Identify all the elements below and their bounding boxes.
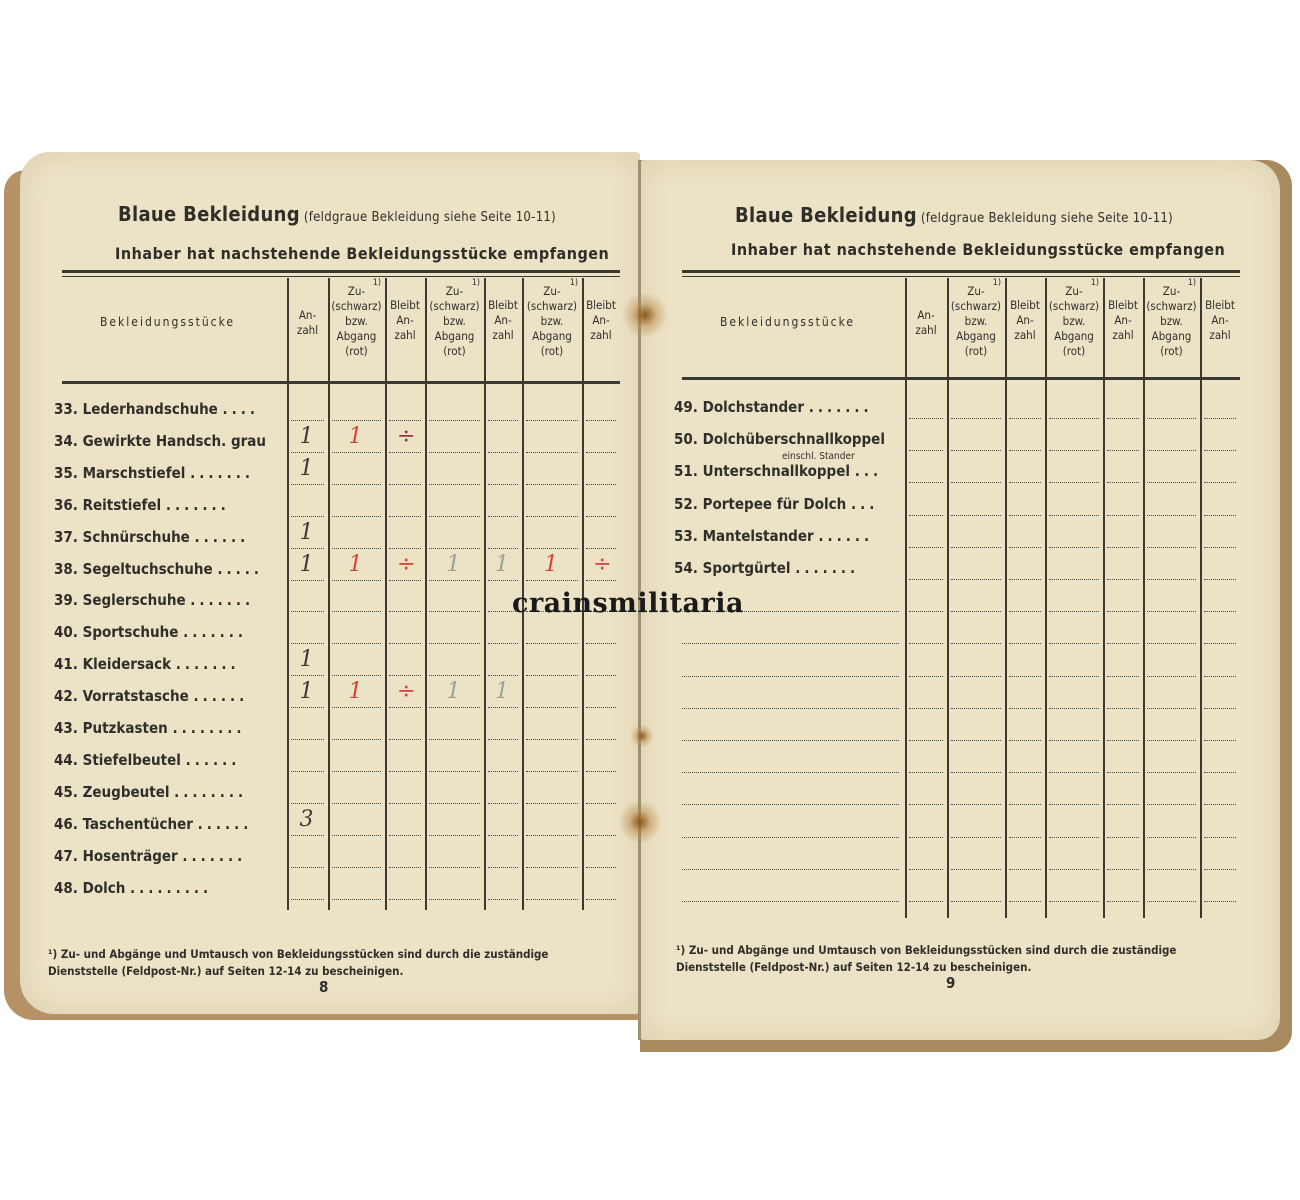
entry-cell[interactable] — [1049, 418, 1099, 419]
entry-cell[interactable] — [909, 901, 943, 902]
handwritten-entry: 1 — [300, 552, 314, 577]
column-header-zu-abgang: Zu-1)(schwarz)bzw.Abgang(rot) — [328, 284, 385, 359]
entry-cell[interactable] — [1009, 708, 1041, 709]
entry-cell[interactable] — [1204, 482, 1236, 483]
entry-cell[interactable] — [1049, 772, 1099, 773]
entry-cell[interactable] — [291, 707, 324, 708]
entry-cell[interactable] — [951, 611, 1001, 612]
header-text: zahl — [484, 328, 522, 343]
entry-cell[interactable] — [586, 867, 616, 868]
entry-cell[interactable] — [1049, 676, 1099, 677]
entry-cell[interactable] — [429, 739, 480, 740]
entry-cell[interactable] — [389, 452, 421, 453]
item-name: Lederhandschuhe — [83, 400, 223, 418]
column-header-zu-abgang: Zu-1)(schwarz)bzw.Abgang(rot) — [947, 284, 1005, 359]
entry-cell[interactable] — [1204, 450, 1236, 451]
entry-cell[interactable] — [1049, 901, 1099, 902]
entry-cell[interactable] — [586, 835, 616, 836]
item-number: 40. — [54, 623, 83, 641]
column-divider — [287, 278, 289, 910]
table-row-label: 51. Unterschnallkoppel ... — [674, 462, 882, 480]
item-name: Stiefelbeutel — [83, 751, 186, 769]
entry-cell[interactable] — [586, 803, 616, 804]
leader-dots: ... — [855, 462, 882, 480]
table-row-label: 38. Segeltuchschuhe ..... — [54, 560, 263, 578]
entry-cell[interactable] — [291, 643, 324, 644]
entry-cell[interactable] — [526, 739, 578, 740]
entry-cell[interactable] — [951, 772, 1001, 773]
entry-cell[interactable] — [909, 676, 943, 677]
footnote-line: ¹) Zu- und Abgänge und Umtausch von Bekl… — [676, 942, 1176, 959]
entry-cell[interactable] — [1147, 837, 1196, 838]
column-header-anzahl: An-zahl — [287, 308, 328, 338]
header-text: Bleibt — [1103, 298, 1143, 313]
entry-cell[interactable] — [526, 707, 578, 708]
entry-cell[interactable] — [951, 418, 1001, 419]
entry-cell[interactable] — [1147, 611, 1196, 612]
entry-cell[interactable] — [1204, 708, 1236, 709]
entry-cell[interactable] — [586, 675, 616, 676]
entry-cell[interactable] — [951, 643, 1001, 644]
entry-cell[interactable] — [1147, 482, 1196, 483]
entry-cell[interactable] — [526, 516, 578, 517]
entry-cell[interactable] — [1009, 450, 1041, 451]
entry-cell[interactable] — [488, 548, 518, 549]
entry-cell[interactable] — [488, 835, 518, 836]
entry-cell[interactable] — [1204, 515, 1236, 516]
rust-stain-staple — [630, 724, 654, 748]
header-text: Zu-1) — [1045, 284, 1103, 299]
header-text: zahl — [1103, 328, 1143, 343]
header-text: (schwarz) — [425, 299, 484, 314]
entry-cell[interactable] — [488, 420, 518, 421]
entry-cell[interactable] — [951, 482, 1001, 483]
entry-cell[interactable] — [1147, 418, 1196, 419]
entry-cell[interactable] — [951, 901, 1001, 902]
entry-cell[interactable] — [291, 835, 324, 836]
entry-cell[interactable] — [332, 835, 381, 836]
table-row-label: 54. Sportgürtel ....... — [674, 559, 859, 577]
footnote-marker: 1) — [993, 276, 1001, 291]
entry-cell[interactable] — [1147, 740, 1196, 741]
header-rule — [682, 270, 1240, 273]
header-text: (rot) — [1045, 344, 1103, 359]
entry-cell[interactable] — [586, 739, 616, 740]
entry-cell[interactable] — [1009, 869, 1041, 870]
header-text: (rot) — [425, 344, 484, 359]
entry-cell[interactable] — [526, 803, 578, 804]
entry-cell[interactable] — [1107, 515, 1139, 516]
entry-cell[interactable] — [586, 771, 616, 772]
entry-cell[interactable] — [909, 804, 943, 805]
item-number: 35. — [54, 464, 83, 482]
entry-cell[interactable] — [488, 771, 518, 772]
entry-cell[interactable] — [909, 547, 943, 548]
item-name: Dolchüberschnallkoppel — [703, 430, 885, 448]
entry-cell[interactable] — [429, 580, 480, 581]
entry-cell[interactable] — [488, 675, 518, 676]
entry-cell[interactable] — [1204, 676, 1236, 677]
entry-cell[interactable] — [1147, 515, 1196, 516]
header-text: (schwarz) — [522, 299, 582, 314]
entry-cell[interactable] — [1204, 901, 1236, 902]
entry-cell[interactable] — [332, 739, 381, 740]
entry-cell[interactable] — [429, 484, 480, 485]
entry-cell[interactable] — [526, 835, 578, 836]
entry-cell[interactable] — [1107, 837, 1139, 838]
entry-cell[interactable] — [909, 643, 943, 644]
entry-cell[interactable] — [429, 675, 480, 676]
entry-cell[interactable] — [586, 707, 616, 708]
entry-cell[interactable] — [951, 804, 1001, 805]
entry-cell[interactable] — [389, 899, 421, 900]
leader-dots: ...... — [195, 528, 250, 546]
entry-cell[interactable] — [389, 643, 421, 644]
entry-cell[interactable] — [291, 420, 324, 421]
entry-cell[interactable] — [332, 580, 381, 581]
entry-cell[interactable] — [909, 579, 943, 580]
entry-cell[interactable] — [1147, 450, 1196, 451]
entry-cell[interactable] — [586, 899, 616, 900]
header-text: zahl — [905, 323, 947, 338]
table-row-label: 42. Vorratstasche ...... — [54, 687, 248, 705]
entry-cell[interactable] — [332, 420, 381, 421]
entry-cell[interactable] — [389, 835, 421, 836]
item-name: Portepee für Dolch — [703, 495, 851, 513]
header-text: Abgang — [425, 329, 484, 344]
entry-cell[interactable] — [1009, 482, 1041, 483]
header-text: An- — [287, 308, 328, 323]
entry-cell[interactable] — [586, 548, 616, 549]
entry-cell[interactable] — [429, 611, 480, 612]
entry-cell[interactable] — [1107, 740, 1139, 741]
entry-cell[interactable] — [1204, 772, 1236, 773]
entry-cell[interactable] — [1009, 611, 1041, 612]
footnote-marker: 1) — [1188, 276, 1196, 291]
blank-row-line — [682, 869, 899, 870]
entry-cell[interactable] — [389, 548, 421, 549]
entry-cell[interactable] — [909, 869, 943, 870]
header-rule-bottom — [682, 377, 1240, 380]
header-text: Zu-1) — [328, 284, 385, 299]
entry-cell[interactable] — [488, 484, 518, 485]
entry-cell[interactable] — [909, 772, 943, 773]
entry-cell[interactable] — [1049, 547, 1099, 548]
entry-cell[interactable] — [332, 867, 381, 868]
entry-cell[interactable] — [1049, 450, 1099, 451]
entry-cell[interactable] — [586, 484, 616, 485]
entry-cell[interactable] — [951, 579, 1001, 580]
entry-cell[interactable] — [951, 869, 1001, 870]
entry-cell[interactable] — [1107, 869, 1139, 870]
entry-cell[interactable] — [429, 867, 480, 868]
entry-cell[interactable] — [586, 580, 616, 581]
entry-cell[interactable] — [332, 771, 381, 772]
entry-cell[interactable] — [1204, 740, 1236, 741]
entry-cell[interactable] — [488, 516, 518, 517]
entry-cell[interactable] — [1009, 643, 1041, 644]
entry-cell[interactable] — [291, 452, 324, 453]
entry-cell[interactable] — [951, 740, 1001, 741]
entry-cell[interactable] — [909, 450, 943, 451]
header-text: An- — [1103, 313, 1143, 328]
entry-cell[interactable] — [586, 643, 616, 644]
entry-cell[interactable] — [291, 739, 324, 740]
entry-cell[interactable] — [1204, 611, 1236, 612]
entry-cell[interactable] — [291, 771, 324, 772]
entry-cell[interactable] — [1049, 482, 1099, 483]
entry-cell[interactable] — [1009, 676, 1041, 677]
entry-cell[interactable] — [1107, 901, 1139, 902]
entry-cell[interactable] — [526, 771, 578, 772]
entry-cell[interactable] — [1147, 579, 1196, 580]
entry-cell[interactable] — [1049, 804, 1099, 805]
entry-cell[interactable] — [909, 837, 943, 838]
entry-cell[interactable] — [526, 899, 578, 900]
page-title-left: Blaue Bekleidung(feldgraue Bekleidung si… — [118, 202, 556, 226]
entry-cell[interactable] — [429, 771, 480, 772]
column-header-bleibt: BleibtAn-zahl — [1200, 298, 1240, 343]
entry-cell[interactable] — [291, 484, 324, 485]
entry-cell[interactable] — [1147, 708, 1196, 709]
entry-cell[interactable] — [1107, 482, 1139, 483]
entry-cell[interactable] — [429, 643, 480, 644]
entry-cell[interactable] — [526, 867, 578, 868]
entry-cell[interactable] — [1107, 547, 1139, 548]
entry-cell[interactable] — [1049, 515, 1099, 516]
header-rule — [682, 276, 1240, 277]
entry-cell[interactable] — [332, 899, 381, 900]
entry-cell[interactable] — [951, 515, 1001, 516]
item-number: 47. — [54, 847, 83, 865]
entry-cell[interactable] — [488, 580, 518, 581]
entry-cell[interactable] — [389, 580, 421, 581]
entry-cell[interactable] — [1204, 643, 1236, 644]
entry-cell[interactable] — [1009, 901, 1041, 902]
entry-cell[interactable] — [1107, 450, 1139, 451]
entry-cell[interactable] — [429, 452, 480, 453]
entry-cell[interactable] — [291, 675, 324, 676]
entry-cell[interactable] — [909, 708, 943, 709]
entry-cell[interactable] — [1107, 804, 1139, 805]
rust-stain-staple — [622, 292, 668, 338]
entry-cell[interactable] — [1204, 804, 1236, 805]
entry-cell[interactable] — [389, 771, 421, 772]
entry-cell[interactable] — [909, 482, 943, 483]
entry-cell[interactable] — [909, 515, 943, 516]
entry-cell[interactable] — [291, 803, 324, 804]
table-row-label: 39. Seglerschuhe ....... — [54, 591, 254, 609]
entry-cell[interactable] — [429, 548, 480, 549]
entry-cell[interactable] — [951, 708, 1001, 709]
page-number-right: 9 — [946, 974, 955, 992]
entry-cell[interactable] — [1147, 676, 1196, 677]
handwritten-entry: 1 — [300, 679, 314, 704]
entry-cell[interactable] — [332, 611, 381, 612]
entry-cell[interactable] — [1107, 772, 1139, 773]
rust-stain-staple — [618, 800, 662, 844]
entry-cell[interactable] — [488, 867, 518, 868]
column-header-item: Bekleidungsstücke — [100, 315, 235, 329]
entry-cell[interactable] — [488, 707, 518, 708]
leader-dots: ... — [851, 495, 878, 513]
column-divider — [1005, 278, 1007, 918]
table-row-label: 47. Hosenträger ....... — [54, 847, 246, 865]
entry-cell[interactable] — [291, 899, 324, 900]
entry-cell[interactable] — [488, 739, 518, 740]
entry-cell[interactable] — [1107, 676, 1139, 677]
entry-cell[interactable] — [1107, 643, 1139, 644]
entry-cell[interactable] — [332, 803, 381, 804]
footnote-right: ¹) Zu- und Abgänge und Umtausch von Bekl… — [676, 942, 1176, 976]
entry-cell[interactable] — [909, 740, 943, 741]
entry-cell[interactable] — [1049, 869, 1099, 870]
item-number: 38. — [54, 560, 83, 578]
entry-cell[interactable] — [1204, 869, 1236, 870]
entry-cell[interactable] — [332, 452, 381, 453]
entry-cell[interactable] — [586, 452, 616, 453]
entry-cell[interactable] — [488, 452, 518, 453]
leader-dots: ....... — [182, 847, 246, 865]
entry-cell[interactable] — [429, 420, 480, 421]
entry-cell[interactable] — [951, 450, 1001, 451]
item-name: Vorratstasche — [83, 687, 194, 705]
entry-cell[interactable] — [1147, 547, 1196, 548]
entry-cell[interactable] — [1107, 708, 1139, 709]
column-divider — [1045, 278, 1047, 918]
entry-cell[interactable] — [488, 899, 518, 900]
entry-cell[interactable] — [1009, 772, 1041, 773]
entry-cell[interactable] — [1049, 643, 1099, 644]
entry-cell[interactable] — [1049, 579, 1099, 580]
entry-cell[interactable] — [951, 547, 1001, 548]
item-name: Zeugbeutel — [83, 783, 175, 801]
entry-cell[interactable] — [1049, 611, 1099, 612]
footnote-line: ¹) Zu- und Abgänge und Umtausch von Bekl… — [48, 946, 548, 963]
entry-cell[interactable] — [1204, 418, 1236, 419]
entry-cell[interactable] — [1009, 837, 1041, 838]
entry-cell[interactable] — [909, 611, 943, 612]
entry-cell[interactable] — [389, 611, 421, 612]
entry-cell[interactable] — [389, 867, 421, 868]
entry-cell[interactable] — [1107, 579, 1139, 580]
column-divider — [425, 278, 427, 910]
entry-cell[interactable] — [389, 739, 421, 740]
entry-cell[interactable] — [1049, 740, 1099, 741]
entry-cell[interactable] — [332, 484, 381, 485]
entry-cell[interactable] — [389, 420, 421, 421]
entry-cell[interactable] — [291, 867, 324, 868]
entry-cell[interactable] — [389, 707, 421, 708]
entry-cell[interactable] — [1107, 611, 1139, 612]
entry-cell[interactable] — [951, 676, 1001, 677]
entry-cell[interactable] — [429, 707, 480, 708]
table-row-label: 49. Dolchstander ....... — [674, 398, 873, 416]
entry-cell[interactable] — [1009, 579, 1041, 580]
entry-cell[interactable] — [1147, 804, 1196, 805]
entry-cell[interactable] — [332, 643, 381, 644]
item-name: Marschstiefel — [83, 464, 190, 482]
entry-cell[interactable] — [488, 803, 518, 804]
entry-cell[interactable] — [291, 580, 324, 581]
entry-cell[interactable] — [332, 516, 381, 517]
column-divider — [905, 278, 907, 918]
header-text: Abgang — [328, 329, 385, 344]
table-row-label: 43. Putzkasten ........ — [54, 719, 245, 737]
entry-cell[interactable] — [389, 516, 421, 517]
entry-cell[interactable] — [1009, 515, 1041, 516]
leader-dots: ..... — [217, 560, 263, 578]
entry-cell[interactable] — [332, 548, 381, 549]
entry-cell[interactable] — [909, 418, 943, 419]
handwritten-entry: 1 — [300, 456, 314, 481]
item-number: 53. — [674, 527, 703, 545]
entry-cell[interactable] — [1009, 547, 1041, 548]
entry-cell[interactable] — [429, 835, 480, 836]
item-name: Hosenträger — [83, 847, 183, 865]
item-number: 52. — [674, 495, 703, 513]
entry-cell[interactable] — [291, 516, 324, 517]
entry-cell[interactable] — [291, 548, 324, 549]
entry-cell[interactable] — [1009, 804, 1041, 805]
entry-cell[interactable] — [1107, 418, 1139, 419]
item-name: Unterschnallkoppel — [703, 462, 855, 480]
entry-cell[interactable] — [389, 803, 421, 804]
entry-cell[interactable] — [332, 707, 381, 708]
entry-cell[interactable] — [389, 484, 421, 485]
entry-cell[interactable] — [1204, 837, 1236, 838]
column-header-bleibt: BleibtAn-zahl — [484, 298, 522, 343]
entry-cell[interactable] — [951, 837, 1001, 838]
entry-cell[interactable] — [1204, 579, 1236, 580]
entry-cell[interactable] — [526, 580, 578, 581]
entry-cell[interactable] — [389, 675, 421, 676]
table-row-label: 52. Portepee für Dolch ... — [674, 495, 878, 513]
entry-cell[interactable] — [1009, 418, 1041, 419]
entry-cell[interactable] — [586, 420, 616, 421]
entry-cell[interactable] — [429, 899, 480, 900]
entry-cell[interactable] — [1147, 772, 1196, 773]
entry-cell[interactable] — [1204, 547, 1236, 548]
header-text: (rot) — [328, 344, 385, 359]
entry-cell[interactable] — [1009, 740, 1041, 741]
entry-cell[interactable] — [526, 675, 578, 676]
entry-cell[interactable] — [526, 452, 578, 453]
entry-cell[interactable] — [1147, 643, 1196, 644]
entry-cell[interactable] — [526, 643, 578, 644]
leader-dots: ....... — [166, 496, 230, 514]
entry-cell[interactable] — [1147, 901, 1196, 902]
entry-cell[interactable] — [429, 516, 480, 517]
entry-cell[interactable] — [526, 484, 578, 485]
entry-cell[interactable] — [291, 611, 324, 612]
item-number: 41. — [54, 655, 83, 673]
entry-cell[interactable] — [526, 548, 578, 549]
header-text: Zu-1) — [522, 284, 582, 299]
entry-cell[interactable] — [332, 675, 381, 676]
entry-cell[interactable] — [1147, 869, 1196, 870]
entry-cell[interactable] — [429, 803, 480, 804]
entry-cell[interactable] — [488, 643, 518, 644]
entry-cell[interactable] — [586, 516, 616, 517]
header-text: An- — [582, 313, 620, 328]
header-text: bzw. — [522, 314, 582, 329]
entry-cell[interactable] — [1049, 837, 1099, 838]
entry-cell[interactable] — [1049, 708, 1099, 709]
blank-row-line — [682, 772, 899, 773]
entry-cell[interactable] — [526, 420, 578, 421]
leader-dots: ....... — [190, 591, 254, 609]
